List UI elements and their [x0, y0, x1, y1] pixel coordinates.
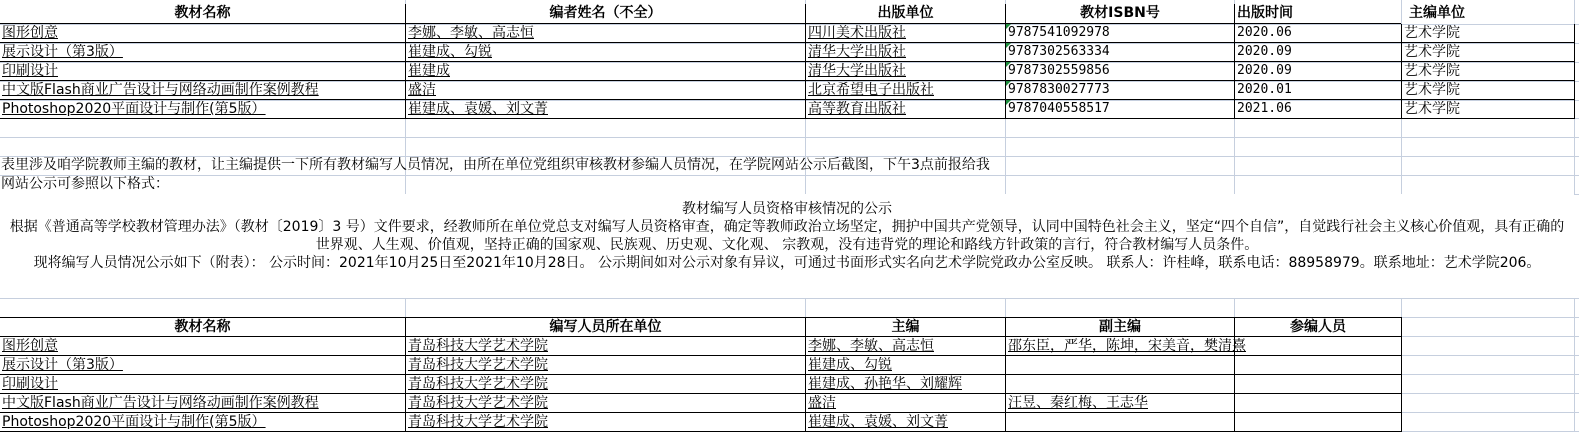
t1-cell-text: 2020.01 — [1237, 82, 1292, 97]
t1-header-publisher[interactable]: 出版单位 — [805, 4, 1005, 24]
t2-cell-text: 李娜、李敏、高志恒 — [808, 338, 934, 354]
t2-cell-text: 崔建成、孙艳华、刘耀辉 — [808, 376, 962, 392]
t2-cell-text: 汪昱、秦红梅、王志华 — [1008, 395, 1148, 411]
t1-cell-publisher[interactable]: 高等教育出版社 — [805, 100, 1005, 119]
t2-cell-text: 展示设计（第3版） — [2, 357, 123, 373]
t1-cell-publisher[interactable]: 北京希望电子出版社 — [805, 81, 1005, 100]
t1-cell-isbn[interactable]: 9787302559856 — [1005, 62, 1234, 81]
notice-title: 教材编写人员资格审核情况的公示 — [0, 200, 1574, 218]
t1-cell-unit[interactable]: 艺术学院 — [1401, 24, 1575, 43]
t1-cell-isbn[interactable]: 9787830027773 — [1005, 81, 1234, 100]
t1-cell-title[interactable]: Photoshop2020平面设计与制作(第5版） — [0, 100, 405, 119]
t1-cell-text: 艺术学院 — [1404, 101, 1460, 117]
t1-header-pubdate[interactable]: 出版时间 — [1234, 4, 1401, 24]
t2-cell-contributors[interactable] — [1234, 394, 1402, 413]
row-gridline — [0, 175, 1579, 176]
t2-cell-unit[interactable]: 青岛科技大学艺术学院 — [405, 337, 805, 356]
t1-cell-text: 2020.06 — [1237, 25, 1292, 40]
t1-cell-text: 四川美术出版社 — [808, 25, 906, 41]
t2-header-unit[interactable]: 编写人员所在单位 — [405, 317, 805, 337]
t2-cell-text: 青岛科技大学艺术学院 — [408, 357, 548, 373]
t2-header-title[interactable]: 教材名称 — [0, 317, 405, 337]
t2-cell-deputy-editor[interactable]: 汪昱、秦红梅、王志华 — [1005, 394, 1234, 413]
t2-cell-text: 崔建成、袁媛、刘文菁 — [808, 414, 948, 430]
notice-block[interactable]: 教材编写人员资格审核情况的公示 根据《普通高等学校教材管理办法》（教材〔2019… — [0, 194, 1574, 298]
t1-cell-text: 9787302559856 — [1008, 63, 1110, 78]
t1-header-unit[interactable]: 主编单位 — [1401, 4, 1574, 24]
instruction-line-1[interactable]: 表里涉及咱学院教师主编的教材，让主编提供一下所有教材编写人员情况，由所在单位党组… — [0, 156, 990, 175]
t2-cell-text: 邵东臣，严华，陈坤，宋美音，樊清熹 — [1008, 338, 1246, 354]
t1-cell-text: 李娜、李敏、高志恒 — [408, 25, 534, 41]
t2-cell-unit[interactable]: 青岛科技大学艺术学院 — [405, 413, 805, 432]
t2-cell-editor[interactable]: 崔建成、袁媛、刘文菁 — [805, 413, 1005, 432]
t1-cell-text: 9787830027773 — [1008, 82, 1110, 97]
t1-cell-publisher[interactable]: 清华大学出版社 — [805, 62, 1005, 81]
t1-cell-text: 崔建成、勾锐 — [408, 44, 492, 60]
row-gridline — [0, 137, 1579, 138]
t1-cell-title[interactable]: 印刷设计 — [0, 62, 405, 81]
t2-cell-text: Photoshop2020平面设计与制作(第5版） — [2, 414, 266, 430]
row-gridline — [0, 298, 1579, 299]
notice-paragraph-2: 现将编写人员情况公示如下（附表）： 公示时间：2021年10月25日至2021年… — [7, 254, 1567, 272]
t1-cell-publisher[interactable]: 清华大学出版社 — [805, 43, 1005, 62]
t1-cell-title[interactable]: 中文版Flash商业广告设计与网络动画制作案例教程 — [0, 81, 405, 100]
t1-cell-text: 清华大学出版社 — [808, 44, 906, 60]
t2-cell-text: 盛洁 — [808, 395, 836, 411]
t1-cell-title[interactable]: 展示设计（第3版） — [0, 43, 405, 62]
t1-cell-text: 崔建成 — [408, 63, 450, 79]
t2-cell-text: 青岛科技大学艺术学院 — [408, 376, 548, 392]
t1-cell-text: 9787040558517 — [1008, 101, 1110, 116]
t2-cell-title[interactable]: 图形创意 — [0, 337, 405, 356]
t2-cell-title[interactable]: 中文版Flash商业广告设计与网络动画制作案例教程 — [0, 394, 405, 413]
t2-header-contributors[interactable]: 参编人员 — [1234, 317, 1402, 337]
t1-cell-text: 高等教育出版社 — [808, 101, 906, 117]
number-as-text-indicator-icon[interactable] — [1006, 100, 1011, 105]
t1-cell-text: 2021.06 — [1237, 101, 1292, 116]
t2-cell-editor[interactable]: 盛洁 — [805, 394, 1005, 413]
t1-cell-authors[interactable]: 崔建成、勾锐 — [405, 43, 805, 62]
t1-cell-authors[interactable]: 李娜、李敏、高志恒 — [405, 24, 805, 43]
t1-cell-unit[interactable]: 艺术学院 — [1401, 43, 1575, 62]
number-as-text-indicator-icon[interactable] — [1006, 81, 1011, 86]
t1-cell-text: 崔建成、袁媛、刘文菁 — [408, 101, 548, 117]
t1-cell-publisher[interactable]: 四川美术出版社 — [805, 24, 1005, 43]
t1-cell-unit[interactable]: 艺术学院 — [1401, 62, 1575, 81]
t1-cell-pubdate[interactable]: 2020.06 — [1234, 24, 1401, 43]
t2-cell-text: 青岛科技大学艺术学院 — [408, 338, 548, 354]
t1-cell-text: 艺术学院 — [1404, 63, 1460, 79]
t1-cell-authors[interactable]: 盛洁 — [405, 81, 805, 100]
number-as-text-indicator-icon[interactable] — [1006, 62, 1011, 67]
t1-cell-text: 2020.09 — [1237, 44, 1292, 59]
t1-cell-pubdate[interactable]: 2021.06 — [1234, 100, 1401, 119]
t1-cell-text: 艺术学院 — [1404, 44, 1460, 60]
t1-cell-pubdate[interactable]: 2020.09 — [1234, 43, 1401, 62]
t1-cell-text: 图形创意 — [2, 25, 58, 41]
t1-cell-text: 盛洁 — [408, 82, 436, 98]
t2-cell-editor[interactable]: 李娜、李敏、高志恒 — [805, 337, 1005, 356]
t1-cell-isbn[interactable]: 9787040558517 — [1005, 100, 1234, 119]
number-as-text-indicator-icon[interactable] — [1006, 43, 1011, 48]
t2-cell-deputy-editor[interactable] — [1005, 375, 1234, 394]
t1-cell-text: 2020.09 — [1237, 63, 1292, 78]
t2-cell-text: 图形创意 — [2, 338, 58, 354]
t2-cell-deputy-editor[interactable]: 邵东臣，严华，陈坤，宋美音，樊清熹 — [1005, 337, 1234, 356]
t2-cell-contributors[interactable] — [1234, 413, 1402, 432]
t1-cell-unit[interactable]: 艺术学院 — [1401, 100, 1575, 119]
t2-header-editor[interactable]: 主编 — [805, 317, 1005, 337]
t1-cell-isbn[interactable]: 9787302563334 — [1005, 43, 1234, 62]
notice-paragraph-1: 根据《普通高等学校教材管理办法》（教材〔2019〕3 号）文件要求，经教师所在单… — [7, 218, 1567, 254]
t1-cell-text: 印刷设计 — [2, 63, 58, 79]
t1-cell-text: Photoshop2020平面设计与制作(第5版） — [2, 101, 266, 117]
t1-cell-authors[interactable]: 崔建成、袁媛、刘文菁 — [405, 100, 805, 119]
t1-cell-isbn[interactable]: 9787541092978 — [1005, 24, 1234, 43]
t2-cell-editor[interactable]: 崔建成、勾锐 — [805, 356, 1005, 375]
t2-cell-deputy-editor[interactable] — [1005, 413, 1234, 432]
t1-cell-text: 北京希望电子出版社 — [808, 82, 934, 98]
t1-cell-text: 清华大学出版社 — [808, 63, 906, 79]
t2-cell-title[interactable]: 印刷设计 — [0, 375, 405, 394]
t1-cell-title[interactable]: 图形创意 — [0, 24, 405, 43]
t1-cell-authors[interactable]: 崔建成 — [405, 62, 805, 81]
t1-header-isbn[interactable]: 教材ISBN号 — [1005, 4, 1234, 24]
number-as-text-indicator-icon[interactable] — [1006, 24, 1011, 29]
t1-cell-text: 中文版Flash商业广告设计与网络动画制作案例教程 — [2, 82, 319, 98]
t1-cell-unit[interactable]: 艺术学院 — [1401, 81, 1575, 100]
column-gridline — [1574, 298, 1575, 432]
t1-header-title[interactable]: 教材名称 — [0, 4, 405, 24]
t2-cell-text: 青岛科技大学艺术学院 — [408, 414, 548, 430]
t2-cell-title[interactable]: Photoshop2020平面设计与制作(第5版） — [0, 413, 405, 432]
t1-cell-text: 展示设计（第3版） — [2, 44, 123, 60]
t1-cell-pubdate[interactable]: 2020.01 — [1234, 81, 1401, 100]
t2-cell-contributors[interactable] — [1234, 375, 1402, 394]
t2-cell-text: 青岛科技大学艺术学院 — [408, 395, 548, 411]
t2-cell-unit[interactable]: 青岛科技大学艺术学院 — [405, 394, 805, 413]
t2-cell-deputy-editor[interactable] — [1005, 356, 1234, 375]
t2-cell-text: 崔建成、勾锐 — [808, 357, 892, 373]
t2-cell-contributors[interactable] — [1234, 356, 1402, 375]
t2-cell-contributors[interactable] — [1234, 337, 1402, 356]
t1-cell-text: 艺术学院 — [1404, 82, 1460, 98]
t2-header-deputy-editor[interactable]: 副主编 — [1005, 317, 1234, 337]
t1-cell-text: 艺术学院 — [1404, 25, 1460, 41]
t1-header-authors[interactable]: 编者姓名（不全） — [405, 4, 805, 24]
t1-cell-text: 9787302563334 — [1008, 44, 1110, 59]
instruction-line-2[interactable]: 网站公示可参照以下格式： — [0, 175, 169, 194]
t2-cell-unit[interactable]: 青岛科技大学艺术学院 — [405, 356, 805, 375]
t2-cell-editor[interactable]: 崔建成、孙艳华、刘耀辉 — [805, 375, 1005, 394]
t1-cell-pubdate[interactable]: 2020.09 — [1234, 62, 1401, 81]
t2-cell-text: 中文版Flash商业广告设计与网络动画制作案例教程 — [2, 395, 319, 411]
t2-cell-text: 印刷设计 — [2, 376, 58, 392]
t1-cell-text: 9787541092978 — [1008, 25, 1110, 40]
t2-cell-title[interactable]: 展示设计（第3版） — [0, 356, 405, 375]
t2-cell-unit[interactable]: 青岛科技大学艺术学院 — [405, 375, 805, 394]
